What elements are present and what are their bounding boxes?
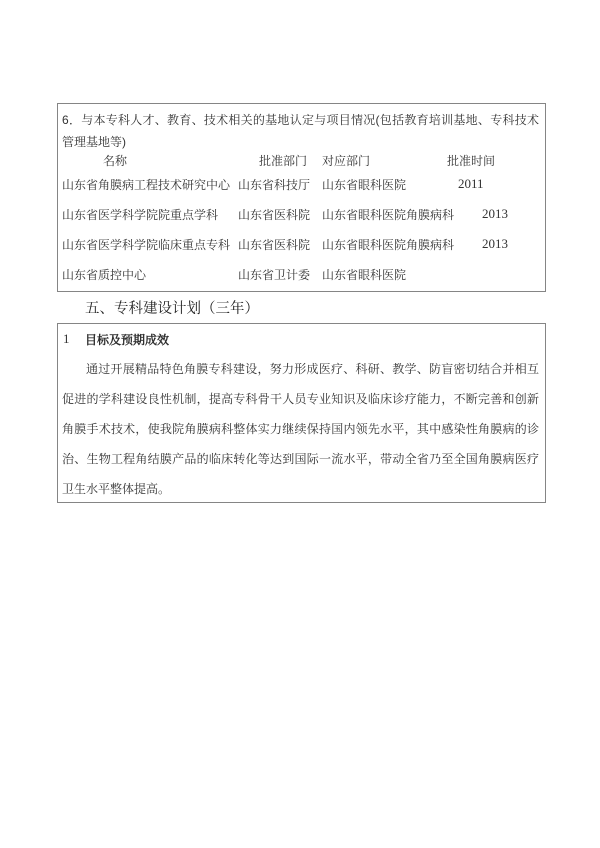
table-row: 山东省医学科学院临床重点专科 山东省医科院 山东省眼科医院角膜病科 2013 (58, 236, 545, 252)
cell-corresponding-dept: 山东省眼科医院 (322, 266, 406, 283)
cell-approve-time: 2013 (482, 236, 508, 252)
plan-table: 1 目标及预期成效 通过开展精品特色角膜专科建设，努力形成医疗、科研、教学、防盲… (57, 323, 546, 503)
table-header-row: 名称 批准部门 对应部门 批准时间 (58, 152, 545, 168)
column-header-name: 名称 (103, 152, 127, 169)
cell-name: 山东省角膜病工程技术研究中心 (62, 176, 230, 193)
table-row: 山东省质控中心 山东省卫计委 山东省眼科医院 (58, 266, 545, 282)
column-header-approve-dept: 批准部门 (259, 152, 307, 169)
cell-corresponding-dept: 山东省眼科医院角膜病科 (322, 206, 454, 223)
cell-approve-dept: 山东省科技厅 (238, 176, 310, 193)
plan-item-number: 1 (63, 331, 70, 347)
cell-approve-time: 2011 (458, 176, 484, 192)
bases-projects-table-title: 6．与本专科人才、教育、技术相关的基地认定与项目情况(包括教育培训基地、专科技术… (62, 109, 539, 153)
bases-projects-table: 6．与本专科人才、教育、技术相关的基地认定与项目情况(包括教育培训基地、专科技术… (57, 103, 546, 292)
cell-corresponding-dept: 山东省眼科医院 (322, 176, 406, 193)
cell-name: 山东省医学科学院临床重点专科 (62, 236, 230, 253)
section-heading: 五、专科建设计划（三年） (85, 297, 259, 318)
cell-approve-dept: 山东省医科院 (238, 236, 310, 253)
plan-item-header: 1 目标及预期成效 (58, 331, 545, 347)
cell-approve-time: 2013 (482, 206, 508, 222)
cell-name: 山东省医学科学院院重点学科 (62, 206, 218, 223)
document-page: 6．与本专科人才、教育、技术相关的基地认定与项目情况(包括教育培训基地、专科技术… (0, 0, 600, 848)
plan-item-title: 目标及预期成效 (85, 331, 169, 348)
cell-name: 山东省质控中心 (62, 266, 146, 283)
column-header-corresponding-dept: 对应部门 (322, 152, 370, 169)
table-row: 山东省角膜病工程技术研究中心 山东省科技厅 山东省眼科医院 2011 (58, 176, 545, 192)
plan-paragraph: 通过开展精品特色角膜专科建设，努力形成医疗、科研、教学、防盲密切结合并相互促进的… (62, 354, 539, 504)
cell-approve-dept: 山东省卫计委 (238, 266, 310, 283)
cell-corresponding-dept: 山东省眼科医院角膜病科 (322, 236, 454, 253)
table-row: 山东省医学科学院院重点学科 山东省医科院 山东省眼科医院角膜病科 2013 (58, 206, 545, 222)
cell-approve-dept: 山东省医科院 (238, 206, 310, 223)
column-header-approve-time: 批准时间 (447, 152, 495, 169)
